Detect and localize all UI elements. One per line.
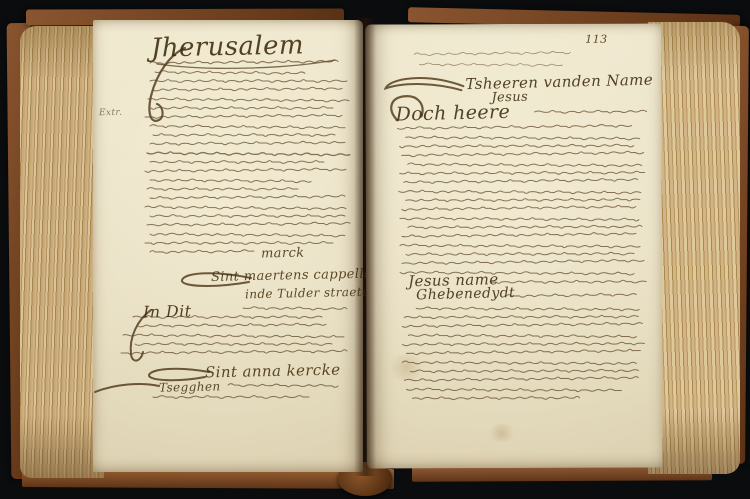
handwriting-line — [123, 334, 344, 339]
handwriting-line — [402, 361, 636, 365]
left-margin-note: Extr. — [99, 108, 123, 118]
handwriting-line — [150, 141, 345, 145]
handwriting-line — [153, 87, 342, 91]
left-page-heading: Jherusalem — [151, 30, 305, 63]
handwriting-line — [400, 144, 634, 148]
handwriting-line — [408, 334, 636, 338]
parchment-stain — [386, 354, 426, 380]
chapel-heading-line2: inde Tulder straete — [245, 285, 370, 302]
handwriting-line — [406, 136, 640, 140]
handwriting-line — [400, 171, 645, 175]
folio-number: 113 — [585, 33, 607, 46]
handwriting-line — [535, 110, 647, 113]
handwriting-line — [402, 205, 636, 211]
handwriting-line — [150, 195, 345, 199]
handwriting-line — [147, 188, 298, 191]
handwriting-line — [398, 124, 632, 130]
handwriting-line — [408, 225, 642, 229]
handwriting-line — [402, 151, 644, 157]
handwriting-line — [145, 114, 342, 118]
handwriting-line — [406, 349, 640, 355]
initial-flourish-tsegghen — [95, 384, 159, 392]
handwriting-line — [150, 179, 311, 183]
church-heading-swash — [149, 369, 209, 380]
handwriting-line — [151, 107, 333, 110]
handwriting-line — [150, 161, 324, 164]
handwriting-line — [414, 51, 570, 56]
handwriting-line — [147, 152, 350, 156]
handwriting-line — [413, 396, 580, 399]
handwriting-line — [150, 80, 347, 83]
handwriting-line — [145, 242, 333, 245]
handwriting-line — [404, 178, 638, 184]
handwriting-line — [400, 244, 640, 248]
handwriting-line — [400, 217, 639, 221]
handwriting-line — [153, 396, 309, 399]
handwriting-line — [399, 190, 641, 194]
handwriting-line — [145, 168, 346, 172]
handwriting-line — [416, 307, 639, 311]
page-edges-left — [20, 26, 104, 478]
handwriting-line — [147, 222, 350, 226]
handwriting-line — [150, 125, 345, 129]
manuscript-page-right: 113 Tsheeren vanden Name Jesus Doch heer… — [365, 23, 663, 468]
handwriting-line — [406, 198, 640, 202]
handwriting-line — [228, 384, 338, 388]
handwriting-line — [150, 233, 345, 237]
handwriting-line — [404, 376, 638, 382]
handwriting-line — [406, 388, 621, 392]
paragraph2-opening-line2: Ghebenedydt — [416, 285, 515, 303]
manuscript-page-left: Jherusalem Extr. marck Sint maertens cap… — [93, 20, 363, 472]
closing-paragraph-opening: Tsegghen — [159, 379, 221, 394]
handwriting-line — [402, 232, 636, 238]
paragraph-opening-in-dit: In Dit — [143, 301, 192, 321]
handwriting-line — [138, 323, 326, 327]
book-gutter-shadow — [354, 18, 376, 476]
handwriting-line — [135, 343, 332, 346]
photo-backdrop: Jherusalem Extr. marck Sint maertens cap… — [0, 0, 750, 499]
handwriting-line — [153, 134, 335, 137]
handwriting-line — [406, 252, 634, 255]
handwriting-line — [155, 71, 305, 75]
handwriting-line — [506, 293, 636, 297]
handwriting-line — [145, 206, 346, 210]
handwriting-line — [402, 342, 644, 346]
handwriting-line — [402, 259, 644, 265]
handwriting-line — [404, 315, 638, 319]
handwriting-line — [402, 322, 642, 328]
handwriting-line — [150, 215, 345, 218]
handwriting-line — [150, 250, 254, 254]
handwriting-line — [490, 280, 646, 283]
handwriting-line — [408, 163, 642, 167]
title-swash — [385, 78, 463, 91]
handwriting-line — [148, 98, 349, 102]
handwriting-line — [410, 369, 638, 372]
catchword: marck — [261, 246, 305, 262]
handwriting-line — [419, 63, 562, 66]
paragraph1-opening: Doch heere — [395, 101, 510, 126]
parchment-stain — [487, 424, 517, 442]
church-heading: Sint anna kercke — [205, 361, 341, 382]
handwriting-line — [121, 350, 347, 355]
handwriting-line — [243, 307, 347, 311]
handwriting-ink-left — [93, 20, 363, 472]
